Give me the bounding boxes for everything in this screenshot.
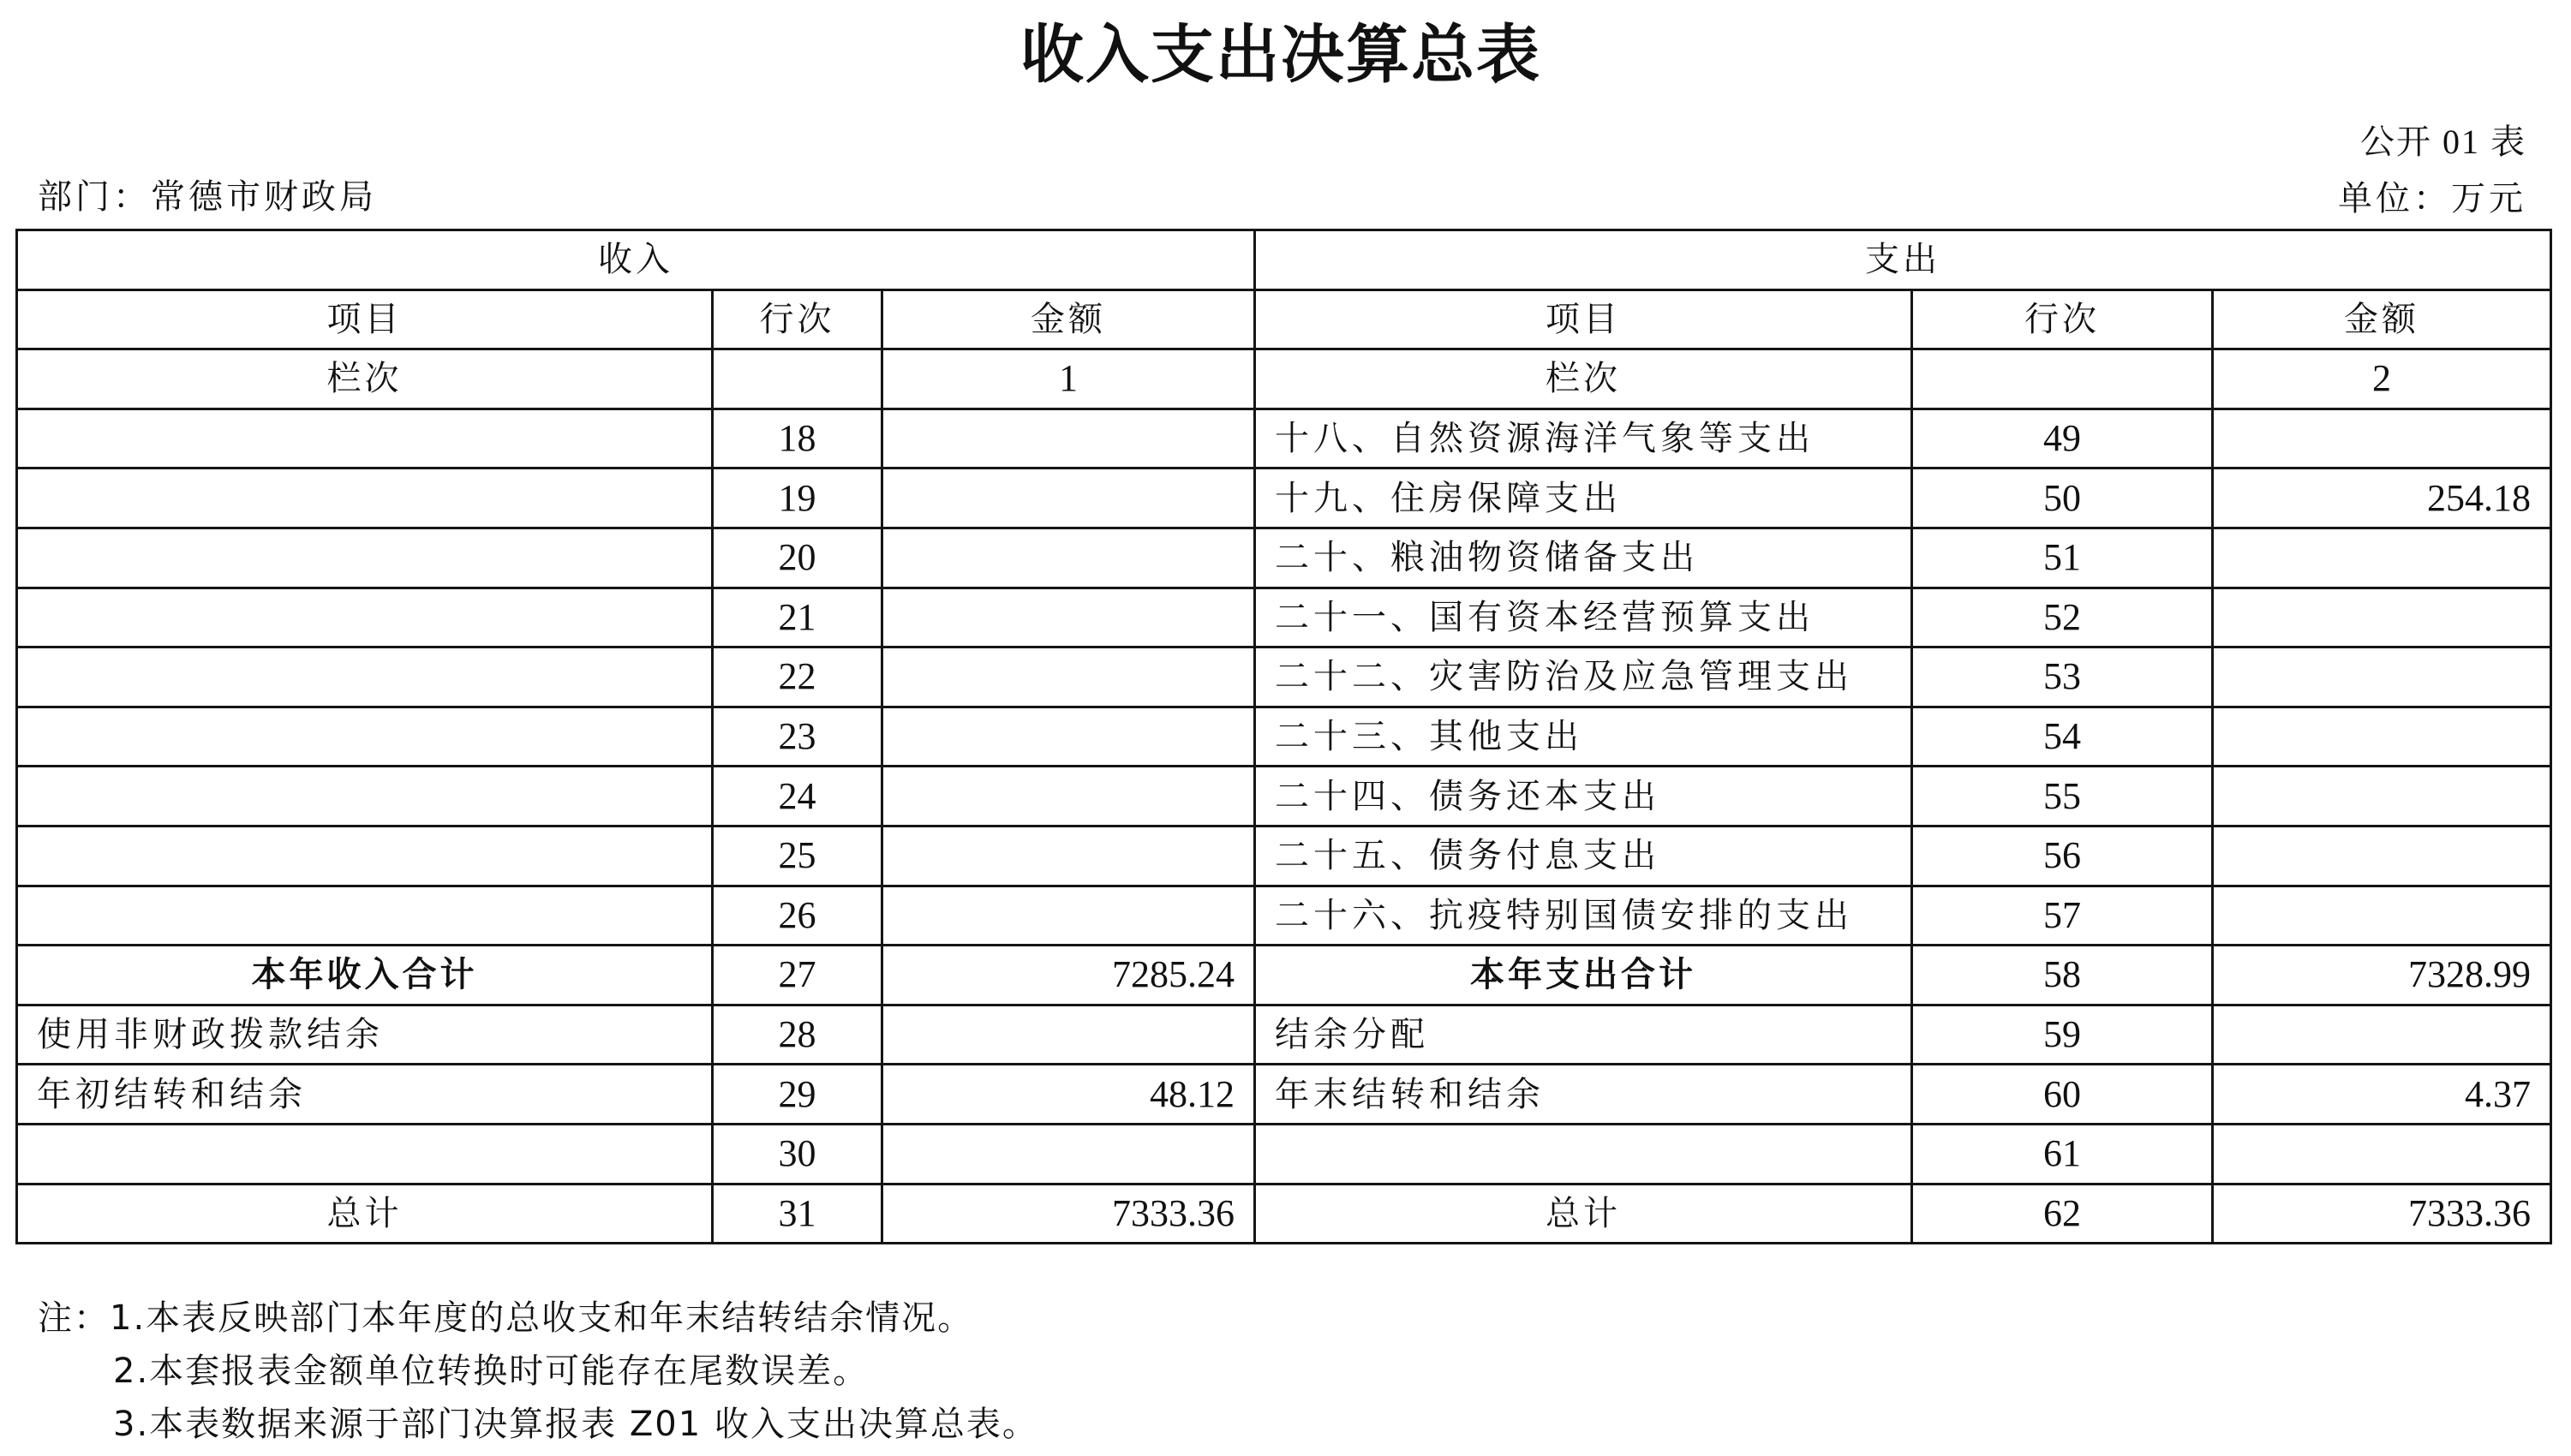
- expense-item-header: 项目: [1255, 289, 1912, 349]
- expense-line: 52: [1912, 588, 2213, 647]
- expense-item: 结余分配: [1255, 1005, 1912, 1065]
- income-line: 22: [713, 647, 882, 707]
- expense-amount: [2213, 767, 2551, 826]
- income-line-header: 行次: [713, 289, 882, 349]
- income-amount: [882, 468, 1255, 528]
- group-header-row: 收入 支出: [17, 230, 2551, 290]
- expense-item: 年末结转和结余: [1255, 1065, 1912, 1125]
- expense-item: 二十六、抗疫特别国债安排的支出: [1255, 886, 1912, 946]
- table-row: 21 二十一、国有资本经营预算支出 52: [17, 588, 2551, 647]
- expense-amount: [2213, 1005, 2551, 1065]
- income-amount: [882, 409, 1255, 468]
- expense-amount: [2213, 588, 2551, 647]
- expense-line: 55: [1912, 767, 2213, 826]
- income-subtotal-amount: 7285.24: [882, 946, 1255, 1005]
- expense-line: 61: [1912, 1124, 2213, 1184]
- income-item: [17, 409, 713, 468]
- expense-amount: 4.37: [2213, 1065, 2551, 1125]
- income-amount: [882, 1005, 1255, 1065]
- expense-amount: [2213, 409, 2551, 468]
- income-item: [17, 647, 713, 707]
- table-row: 年初结转和结余 29 48.12 年末结转和结余 60 4.37: [17, 1065, 2551, 1125]
- income-item: [17, 886, 713, 946]
- income-item: [17, 767, 713, 826]
- table-row: 26 二十六、抗疫特别国债安排的支出 57: [17, 886, 2551, 946]
- income-item: [17, 588, 713, 647]
- table-row: 23 二十三、其他支出 54: [17, 707, 2551, 767]
- expense-total-label: 总计: [1255, 1184, 1912, 1244]
- expense-line: 57: [1912, 886, 2213, 946]
- income-subtotal-line: 27: [713, 946, 882, 1005]
- income-group-header: 收入: [17, 230, 1255, 290]
- expense-subtotal-label: 本年支出合计: [1255, 946, 1912, 1005]
- table-row: 20 二十、粮油物资储备支出 51: [17, 528, 2551, 588]
- expense-item: 二十五、债务付息支出: [1255, 826, 1912, 886]
- income-line: 19: [713, 468, 882, 528]
- income-total-amount: 7333.36: [882, 1184, 1255, 1244]
- subtotal-row: 本年收入合计 27 7285.24 本年支出合计 58 7328.99: [17, 946, 2551, 1005]
- income-amount: [882, 1124, 1255, 1184]
- expense-total-amount: 7333.36: [2213, 1184, 2551, 1244]
- total-row: 总计 31 7333.36 总计 62 7333.36: [17, 1184, 2551, 1244]
- income-amount: [882, 826, 1255, 886]
- income-line: 23: [713, 707, 882, 767]
- expense-line: 60: [1912, 1065, 2213, 1125]
- income-line: 26: [713, 886, 882, 946]
- expense-amount: [2213, 886, 2551, 946]
- footnote-prefix: 注：: [38, 1298, 110, 1338]
- income-line: 24: [713, 767, 882, 826]
- expense-line: 56: [1912, 826, 2213, 886]
- income-total-label: 总计: [17, 1184, 713, 1244]
- expense-item: 二十三、其他支出: [1255, 707, 1912, 767]
- document-title: 收入支出决算总表: [0, 12, 2562, 98]
- expense-subtotal-line: 58: [1912, 946, 2213, 1005]
- expense-item: 二十四、债务还本支出: [1255, 767, 1912, 826]
- income-item: 年初结转和结余: [17, 1065, 713, 1125]
- income-amount: [882, 588, 1255, 647]
- income-item: [17, 707, 713, 767]
- expense-amount-index: 2: [2213, 349, 2551, 409]
- column-index-row: 栏次 1 栏次 2: [17, 349, 2551, 409]
- department-label: 部门：常德市财政局: [38, 175, 377, 219]
- expense-subtotal-amount: 7328.99: [2213, 946, 2551, 1005]
- income-item: [17, 468, 713, 528]
- table-row: 使用非财政拨款结余 28 结余分配 59: [17, 1005, 2551, 1065]
- expense-amount: [2213, 707, 2551, 767]
- footnotes: 注：1.本表反映部门本年度的总收支和年末结转结余情况。 2.本套报表金额单位转换…: [38, 1292, 1038, 1451]
- expense-line: 54: [1912, 707, 2213, 767]
- income-item: [17, 528, 713, 588]
- expense-line: 53: [1912, 647, 2213, 707]
- income-amount-index: 1: [882, 349, 1255, 409]
- income-line: 29: [713, 1065, 882, 1125]
- income-amount-header: 金额: [882, 289, 1255, 349]
- income-amount: [882, 767, 1255, 826]
- footnote-3: 3.本表数据来源于部门决算报表 Z01 收入支出决算总表。: [38, 1398, 1038, 1451]
- expense-item: 二十二、灾害防治及应急管理支出: [1255, 647, 1912, 707]
- income-line-index: [713, 349, 882, 409]
- income-line: 28: [713, 1005, 882, 1065]
- form-number: 公开 01 表: [2360, 122, 2526, 163]
- table-row: 18 十八、自然资源海洋气象等支出 49: [17, 409, 2551, 468]
- income-line: 18: [713, 409, 882, 468]
- income-item: [17, 1124, 713, 1184]
- expense-line: 49: [1912, 409, 2213, 468]
- income-expense-table: 收入 支出 项目 行次 金额 项目 行次 金额 栏次 1 栏次 2 18 十八、…: [15, 229, 2552, 1244]
- income-line: 25: [713, 826, 882, 886]
- footnote-2: 2.本套报表金额单位转换时可能存在尾数误差。: [38, 1345, 1038, 1398]
- expense-amount: [2213, 826, 2551, 886]
- expense-amount-header: 金额: [2213, 289, 2551, 349]
- expense-total-line: 62: [1912, 1184, 2213, 1244]
- table-row: 30 61: [17, 1124, 2551, 1184]
- expense-amount: [2213, 647, 2551, 707]
- expense-line: 50: [1912, 468, 2213, 528]
- expense-amount: 254.18: [2213, 468, 2551, 528]
- income-item: 使用非财政拨款结余: [17, 1005, 713, 1065]
- unit-label: 单位：万元: [2338, 178, 2526, 219]
- income-amount: 48.12: [882, 1065, 1255, 1125]
- income-line: 20: [713, 528, 882, 588]
- income-item-header: 项目: [17, 289, 713, 349]
- income-amount: [882, 647, 1255, 707]
- expense-amount: [2213, 1124, 2551, 1184]
- table-row: 24 二十四、债务还本支出 55: [17, 767, 2551, 826]
- expense-item-index: 栏次: [1255, 349, 1912, 409]
- expense-item: 二十一、国有资本经营预算支出: [1255, 588, 1912, 647]
- income-line: 21: [713, 588, 882, 647]
- expense-item: 十九、住房保障支出: [1255, 468, 1912, 528]
- income-line: 30: [713, 1124, 882, 1184]
- income-amount: [882, 528, 1255, 588]
- income-item-index: 栏次: [17, 349, 713, 409]
- income-item: [17, 826, 713, 886]
- table-row: 25 二十五、债务付息支出 56: [17, 826, 2551, 886]
- footnote-text: 1.本表反映部门本年度的总收支和年末结转结余情况。: [110, 1298, 973, 1338]
- income-amount: [882, 886, 1255, 946]
- expense-group-header: 支出: [1255, 230, 2551, 290]
- expense-amount: [2213, 528, 2551, 588]
- column-header-row: 项目 行次 金额 项目 行次 金额: [17, 289, 2551, 349]
- table-row: 19 十九、住房保障支出 50 254.18: [17, 468, 2551, 528]
- footnote-1: 注：1.本表反映部门本年度的总收支和年末结转结余情况。: [38, 1292, 1038, 1345]
- income-subtotal-label: 本年收入合计: [17, 946, 713, 1005]
- expense-line-index: [1912, 349, 2213, 409]
- table-row: 22 二十二、灾害防治及应急管理支出 53: [17, 647, 2551, 707]
- expense-line-header: 行次: [1912, 289, 2213, 349]
- income-amount: [882, 707, 1255, 767]
- expense-item: [1255, 1124, 1912, 1184]
- expense-item: 十八、自然资源海洋气象等支出: [1255, 409, 1912, 468]
- expense-line: 59: [1912, 1005, 2213, 1065]
- income-total-line: 31: [713, 1184, 882, 1244]
- expense-line: 51: [1912, 528, 2213, 588]
- expense-item: 二十、粮油物资储备支出: [1255, 528, 1912, 588]
